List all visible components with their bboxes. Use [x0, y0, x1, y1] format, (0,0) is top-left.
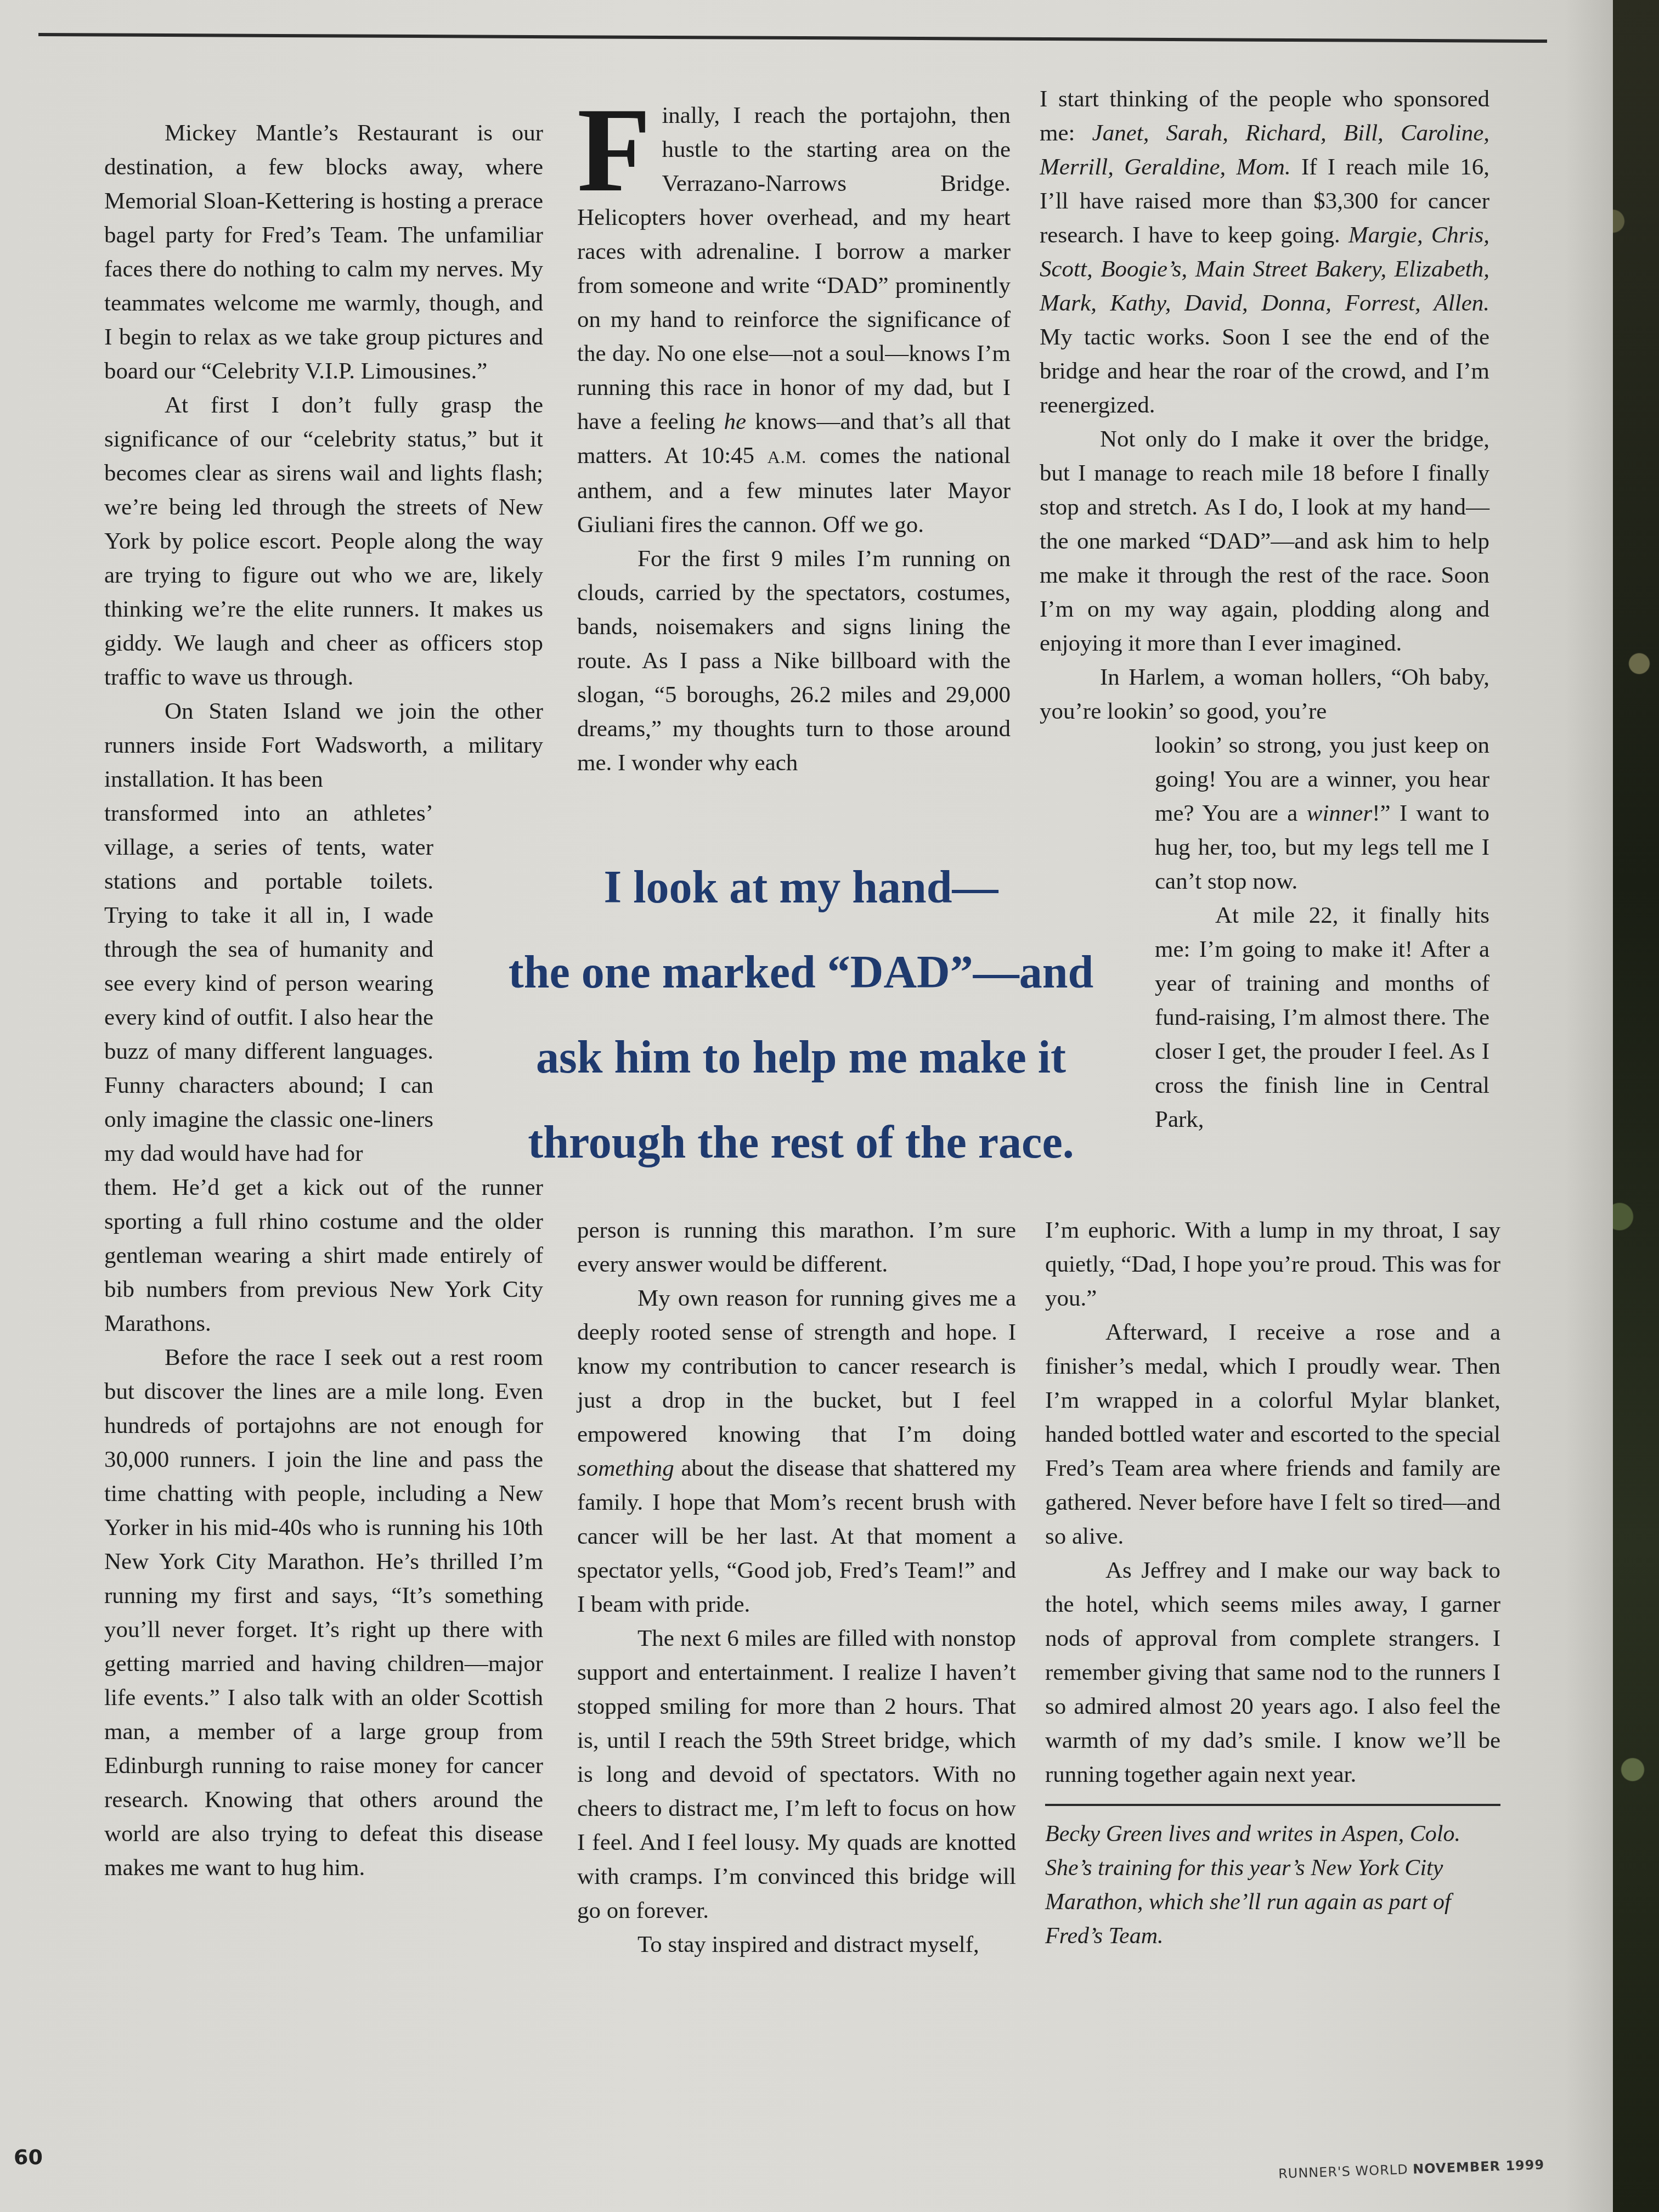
paragraph: To stay inspired and distract myself, — [577, 1928, 1016, 1962]
paragraph: Afterward, I receive a rose and a finish… — [1045, 1316, 1500, 1554]
paragraph: For the first 9 miles I’m running on clo… — [577, 542, 1011, 780]
paragraph: My own reason for running gives me a dee… — [577, 1282, 1016, 1622]
paragraph: Mickey Mantle’s Restaurant is our destin… — [104, 116, 543, 388]
paragraph: At first I don’t fully grasp the signifi… — [104, 388, 543, 695]
drop-cap: F — [577, 103, 651, 196]
running-footer: RUNNER'S WORLD NOVEMBER 1999 — [1278, 2157, 1545, 2182]
paragraph: Not only do I make it over the bridge, b… — [1040, 422, 1489, 661]
issue-date: NOVEMBER 1999 — [1413, 2157, 1545, 2177]
paragraph: lookin’ so strong, you just keep on goin… — [1155, 729, 1489, 899]
pull-quote-line: I look at my hand— — [466, 845, 1136, 930]
paragraph: person is running this marathon. I’m sur… — [577, 1214, 1016, 1282]
paragraph: The next 6 miles are filled with nonstop… — [577, 1622, 1016, 1928]
column-2-continued: person is running this marathon. I’m sur… — [577, 1214, 1016, 1962]
pull-quote-line: the one marked “DAD”—and — [466, 930, 1136, 1015]
paragraph-lead: Finally, I reach the portajohn, then hus… — [577, 99, 1011, 542]
column-3: I start thinking of the people who spons… — [1040, 82, 1489, 1137]
column-3-continued: I’m euphoric. With a lump in my throat, … — [1045, 1214, 1500, 1953]
magazine-name: RUNNER'S WORLD — [1278, 2162, 1408, 2181]
paragraph: As Jeffrey and I make our way back to th… — [1045, 1554, 1500, 1792]
paragraph: I start thinking of the people who spons… — [1040, 82, 1489, 422]
paragraph: In Harlem, a woman hollers, “Oh baby, yo… — [1040, 661, 1489, 729]
pull-quote-line: through the rest of the race. — [466, 1100, 1136, 1185]
paragraph-wrap: transformed into an athletes’ village, a… — [104, 797, 433, 1171]
pull-quote-line: ask him to help me make it — [466, 1015, 1136, 1100]
paragraph: Before the race I seek out a rest room b… — [104, 1341, 543, 1885]
author-bio: Becky Green lives and writes in Aspen, C… — [1045, 1817, 1500, 1953]
column-2: Finally, I reach the portajohn, then hus… — [577, 99, 1011, 780]
magazine-page: Mickey Mantle’s Restaurant is our destin… — [0, 0, 1613, 2212]
top-rule — [38, 33, 1547, 43]
wrap-around-pullquote: lookin’ so strong, you just keep on goin… — [1155, 729, 1489, 1137]
page-number: 60 — [14, 2145, 43, 2169]
paragraph: I’m euphoric. With a lump in my throat, … — [1045, 1214, 1500, 1316]
bio-divider — [1045, 1804, 1500, 1806]
paragraph: On Staten Island we join the other runne… — [104, 695, 543, 797]
paragraph: At mile 22, it finally hits me: I’m goin… — [1155, 899, 1489, 1137]
pull-quote: I look at my hand— the one marked “DAD”—… — [466, 845, 1136, 1185]
paragraph: them. He’d get a kick out of the runner … — [104, 1171, 543, 1341]
